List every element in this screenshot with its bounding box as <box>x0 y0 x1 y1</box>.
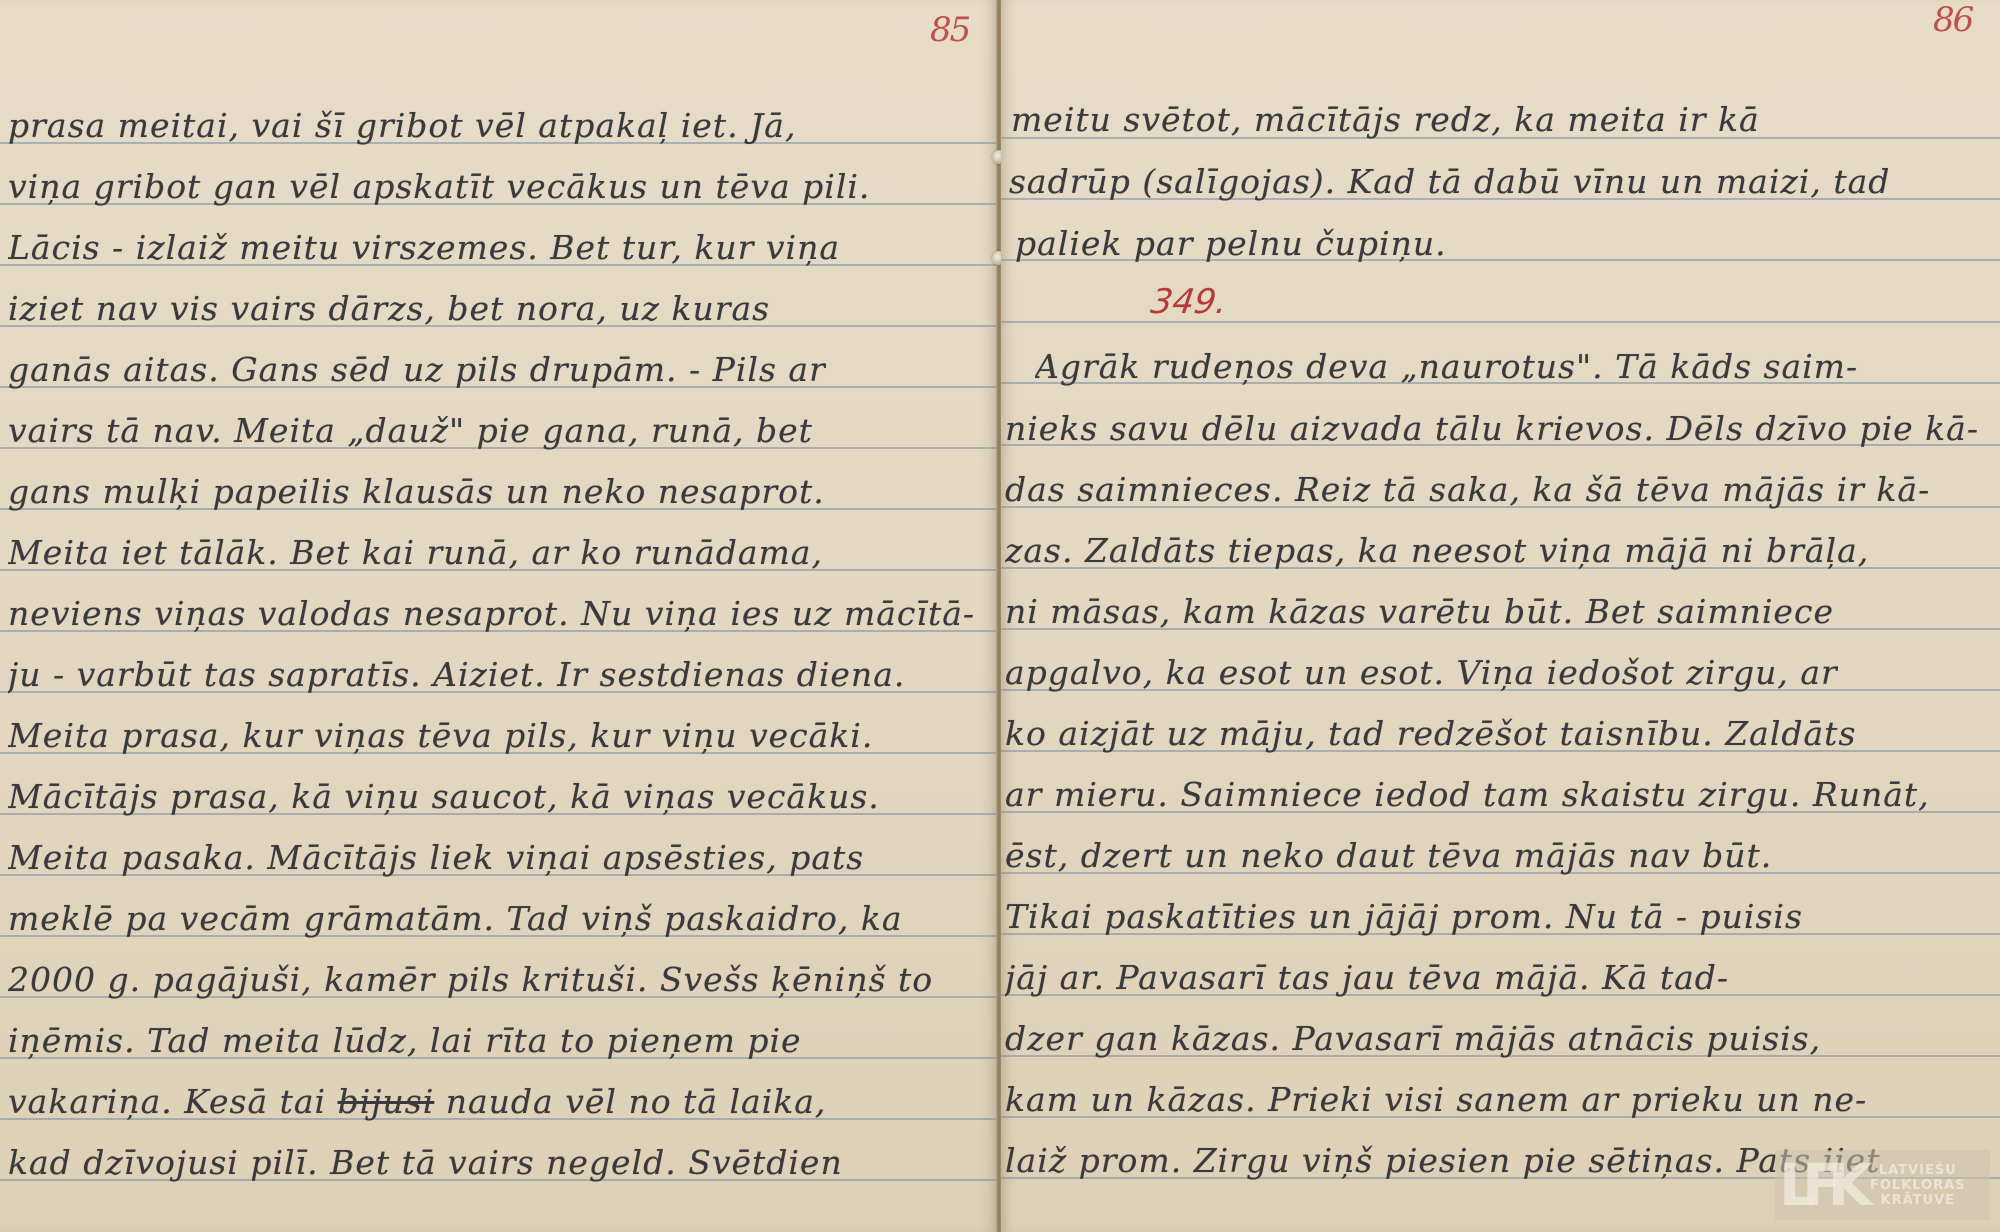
handwritten-line: neviens viņas valodas nesaprot. Nu viņa … <box>8 594 975 634</box>
handwritten-line: ēst, dzert un neko daut tēva mājās nav b… <box>1005 836 1772 876</box>
handwritten-line: das saimnieces. Reiz tā saka, ka šā tēva… <box>1005 470 1930 510</box>
handwritten-line: nieks savu dēlu aizvada tālu krievos. Dē… <box>1005 409 1979 449</box>
line-segment: vakariņa. Kesā tai bijusi nauda vēl no t… <box>8 1082 826 1121</box>
entry-number: 349. <box>1148 282 1229 322</box>
handwritten-line: gans mulķi papeilis klausās un neko nesa… <box>8 472 825 512</box>
handwritten-line: laiž prom. Zirgu viņš piesien pie sētiņa… <box>1005 1141 1880 1181</box>
watermark-line: FOLKLORAS <box>1870 1178 1966 1193</box>
handwritten-line: apgalvo, ka esot un esot. Viņa iedošot z… <box>1005 653 1838 693</box>
page-number-right: 86 <box>1933 0 1972 40</box>
handwritten-line: ar mieru. Saimniece iedod tam skaistu zi… <box>1005 775 1930 815</box>
handwritten-line: iziet nav vis vairs dārzs, bet nora, uz … <box>8 289 770 329</box>
handwritten-line: Meita pasaka. Mācītājs liek viņai apsēst… <box>8 838 864 878</box>
handwritten-line: ganās aitas. Gans sēd uz pils drupām. - … <box>8 350 826 390</box>
handwritten-line: 2000 g. pagājuši, kamēr pils krituši. Sv… <box>8 960 933 1000</box>
handwritten-line: iņēmis. Tad meita lūdz, lai rīta to pieņ… <box>8 1021 802 1061</box>
manuscript-spread: 85 prasa meitai, vai šī gribot vēl atpak… <box>0 0 2000 1232</box>
handwritten-line: viņa gribot gan vēl apskatīt vecākus un … <box>8 167 870 207</box>
handwritten-line: ju - varbūt tas sapratīs. Aiziet. Ir ses… <box>8 655 905 695</box>
struck-out-word: bijusi <box>338 1082 435 1121</box>
handwritten-line: Tikai paskatīties un jājāj prom. Nu tā -… <box>1005 897 1803 937</box>
watermark-line: LATVIEŠU <box>1879 1163 1957 1178</box>
handwritten-line: Lācis - izlaiž meitu virszemes. Bet tur,… <box>8 228 840 268</box>
lfk-logo-icon: LFK <box>1775 1150 1870 1220</box>
watermark-line: KRĀTUVE <box>1881 1193 1956 1208</box>
right-page: 86 meitu svētot, mācītājs redz, ka meita… <box>1001 0 2000 1232</box>
left-page: 85 prasa meitai, vai šī gribot vēl atpak… <box>0 0 997 1232</box>
archive-watermark: LFK LATVIEŠU FOLKLORAS KRĀTUVE <box>1775 1150 1990 1220</box>
handwritten-line: kam un kāzas. Prieki visi sanem ar priek… <box>1005 1080 1867 1120</box>
handwritten-line: Agrāk rudeņos deva „naurotus". Tā kāds s… <box>1035 347 1858 387</box>
watermark-text: LATVIEŠU FOLKLORAS KRĀTUVE <box>1870 1163 1966 1208</box>
handwritten-line: sadrūp (salīgojas). Kad tā dabū vīnu un … <box>1009 162 1890 202</box>
handwritten-line: prasa meitai, vai šī gribot vēl atpakaļ … <box>8 106 796 146</box>
handwritten-line: Meita prasa, kur viņas tēva pils, kur vi… <box>8 716 873 756</box>
handwritten-line: dzer gan kāzas. Pavasarī mājās atnācis p… <box>1005 1019 1821 1059</box>
handwritten-line: kad dzīvojusi pilī. Bet tā vairs negeld.… <box>8 1143 843 1183</box>
handwritten-line-with-strikethrough: vakariņa. Kesā tai bijusi nauda vēl no t… <box>8 1082 826 1122</box>
handwritten-line: meitu svētot, mācītājs redz, ka meita ir… <box>1011 100 1760 140</box>
handwritten-line: jāj ar. Pavasarī tas jau tēva mājā. Kā t… <box>1005 958 1729 998</box>
handwritten-line: paliek par pelnu čupiņu. <box>1015 224 1447 264</box>
handwritten-line: vairs tā nav. Meita „dauž" pie gana, run… <box>8 411 813 451</box>
handwritten-line: ko aizjāt uz māju, tad redzēšot taisnību… <box>1005 714 1856 754</box>
handwritten-line: meklē pa vecām grāmatām. Tad viņš paskai… <box>8 899 903 939</box>
handwritten-line: Meita iet tālāk. Bet kai runā, ar ko run… <box>8 533 823 573</box>
handwritten-line: ni māsas, kam kāzas varētu būt. Bet saim… <box>1005 592 1834 632</box>
page-number-left: 85 <box>930 10 969 50</box>
handwritten-line: zas. Zaldāts tiepas, ka neesot viņa mājā… <box>1005 531 1869 571</box>
handwritten-line: Mācītājs prasa, kā viņu saucot, kā viņas… <box>8 777 880 817</box>
